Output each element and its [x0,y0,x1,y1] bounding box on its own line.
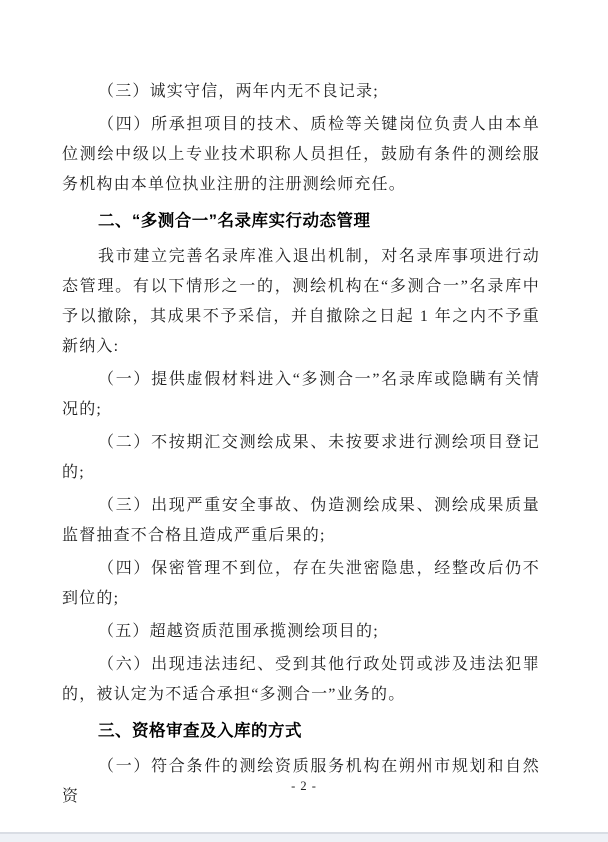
paragraph: （三）诚实守信，两年内无不良记录; [62,77,540,107]
list-item: （二）不按期汇交测绘成果、未按要求进行测绘项目登记的; [62,428,540,488]
document-page: （三）诚实守信，两年内无不良记录; （四）所承担项目的技术、质检等关键岗位负责人… [0,0,608,842]
section-heading: 二、“多测合一”名录库实行动态管理 [62,206,540,236]
list-item: （六）出现违法违纪、受到其他行政处罚或涉及违法犯罪的，被认定为不适合承担“多测合… [62,650,540,710]
page-separator [0,832,608,842]
page-number: - 2 - [0,779,608,794]
paragraph: 我市建立完善名录库准入退出机制，对名录库事项进行动态管理。有以下情形之一的，测绘… [62,242,540,362]
section-heading: 三、资格审查及入库的方式 [62,716,540,746]
document-body: （三）诚实守信，两年内无不良记录; （四）所承担项目的技术、质检等关键岗位负责人… [62,74,540,815]
paragraph: （四）所承担项目的技术、质检等关键岗位负责人由本单位测绘中级以上专业技术职称人员… [62,110,540,200]
list-item: （五）超越资质范围承揽测绘项目的; [62,617,540,647]
list-item: （一）提供虚假材料进入“多测合一”名录库或隐瞒有关情况的; [62,365,540,425]
list-item: （四）保密管理不到位，存在失泄密隐患，经整改后仍不到位的; [62,554,540,614]
list-item: （三）出现严重安全事故、伪造测绘成果、测绘成果质量监督抽查不合格且造成严重后果的… [62,491,540,551]
